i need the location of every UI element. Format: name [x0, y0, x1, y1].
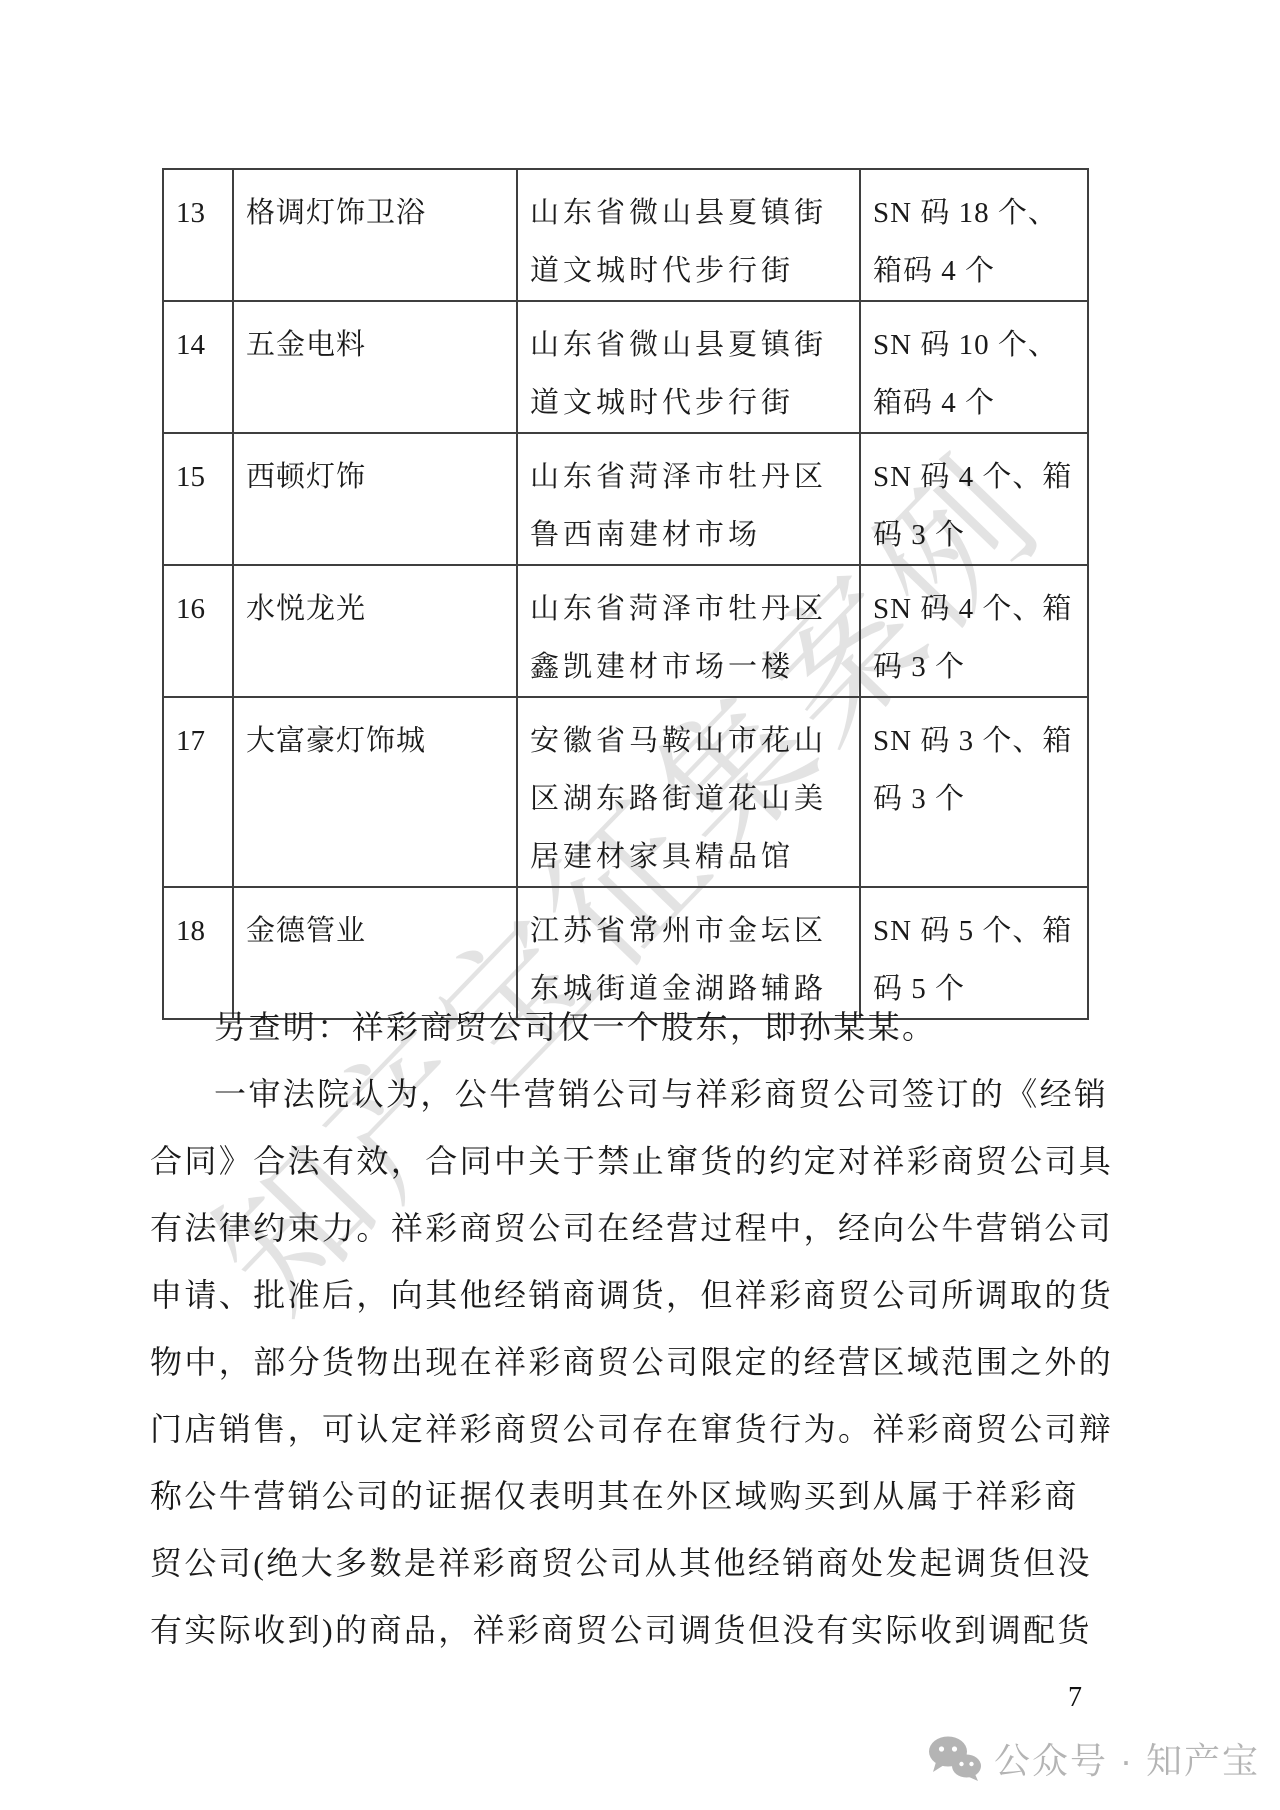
document-page: 知产宝征集案例 13格调灯饰卫浴山东省微山县夏镇街道文城时代步行街SN 码 18…	[0, 0, 1280, 1810]
cell-address: 山东省微山县夏镇街道文城时代步行街	[517, 169, 860, 301]
body-text-line: 一审法院认为，公牛营销公司与祥彩商贸公司签订的《经销	[150, 1061, 1160, 1128]
cell-codes: SN 码 18 个、箱码 4 个	[860, 169, 1088, 301]
table-row: 13格调灯饰卫浴山东省微山县夏镇街道文城时代步行街SN 码 18 个、箱码 4 …	[163, 169, 1088, 301]
cell-number: 17	[163, 697, 233, 887]
cell-number: 13	[163, 169, 233, 301]
table-row: 14五金电料山东省微山县夏镇街道文城时代步行街SN 码 10 个、箱码 4 个	[163, 301, 1088, 433]
body-text-line: 称公牛营销公司的证据仅表明其在外区域购买到从属于祥彩商	[150, 1463, 1160, 1530]
wechat-icon	[928, 1736, 982, 1782]
body-text-line: 贸公司(绝大多数是祥彩商贸公司从其他经销商处发起调货但没	[150, 1530, 1160, 1597]
cell-codes: SN 码 10 个、箱码 4 个	[860, 301, 1088, 433]
cell-address: 山东省菏泽市牡丹区鲁西南建材市场	[517, 433, 860, 565]
table-row: 17大富豪灯饰城安徽省马鞍山市花山区湖东路街道花山美居建材家具精品馆SN 码 3…	[163, 697, 1088, 887]
table-row: 16水悦龙光山东省菏泽市牡丹区鑫凯建材市场一楼SN 码 4 个、箱码 3 个	[163, 565, 1088, 697]
dealer-table-body: 13格调灯饰卫浴山东省微山县夏镇街道文城时代步行街SN 码 18 个、箱码 4 …	[163, 169, 1088, 1019]
cell-number: 14	[163, 301, 233, 433]
cell-name: 五金电料	[233, 301, 517, 433]
cell-number: 16	[163, 565, 233, 697]
cell-address: 山东省菏泽市牡丹区鑫凯建材市场一楼	[517, 565, 860, 697]
body-text-line: 申请、批准后，向其他经销商调货，但祥彩商贸公司所调取的货	[150, 1262, 1160, 1329]
body-text-line: 有法律约束力。祥彩商贸公司在经营过程中，经向公牛营销公司	[150, 1195, 1160, 1262]
cell-name: 格调灯饰卫浴	[233, 169, 517, 301]
body-text-line: 有实际收到)的商品，祥彩商贸公司调货但没有实际收到调配货	[150, 1597, 1160, 1664]
cell-codes: SN 码 4 个、箱码 3 个	[860, 433, 1088, 565]
cell-address: 山东省微山县夏镇街道文城时代步行街	[517, 301, 860, 433]
body-text-line: 门店销售，可认定祥彩商贸公司存在窜货行为。祥彩商贸公司辩	[150, 1396, 1160, 1463]
cell-codes: SN 码 4 个、箱码 3 个	[860, 565, 1088, 697]
body-text-line: 另查明：祥彩商贸公司仅一个股东，即孙某某。	[150, 994, 1160, 1061]
cell-address: 安徽省马鞍山市花山区湖东路街道花山美居建材家具精品馆	[517, 697, 860, 887]
body-text: 另查明：祥彩商贸公司仅一个股东，即孙某某。一审法院认为，公牛营销公司与祥彩商贸公…	[150, 994, 1160, 1664]
cell-codes: SN 码 3 个、箱码 3 个	[860, 697, 1088, 887]
footer-brand: 公众号 · 知产宝	[928, 1733, 1260, 1784]
cell-number: 15	[163, 433, 233, 565]
table-row: 15西顿灯饰山东省菏泽市牡丹区鲁西南建材市场SN 码 4 个、箱码 3 个	[163, 433, 1088, 565]
dealer-table: 13格调灯饰卫浴山东省微山县夏镇街道文城时代步行街SN 码 18 个、箱码 4 …	[162, 168, 1089, 1020]
page-number: 7	[1045, 1682, 1105, 1714]
footer-label: 公众号 · 知产宝	[994, 1733, 1260, 1784]
body-text-line: 物中，部分货物出现在祥彩商贸公司限定的经营区域范围之外的	[150, 1329, 1160, 1396]
cell-name: 西顿灯饰	[233, 433, 517, 565]
cell-name: 水悦龙光	[233, 565, 517, 697]
body-text-line: 合同》合法有效，合同中关于禁止窜货的约定对祥彩商贸公司具	[150, 1128, 1160, 1195]
cell-name: 大富豪灯饰城	[233, 697, 517, 887]
